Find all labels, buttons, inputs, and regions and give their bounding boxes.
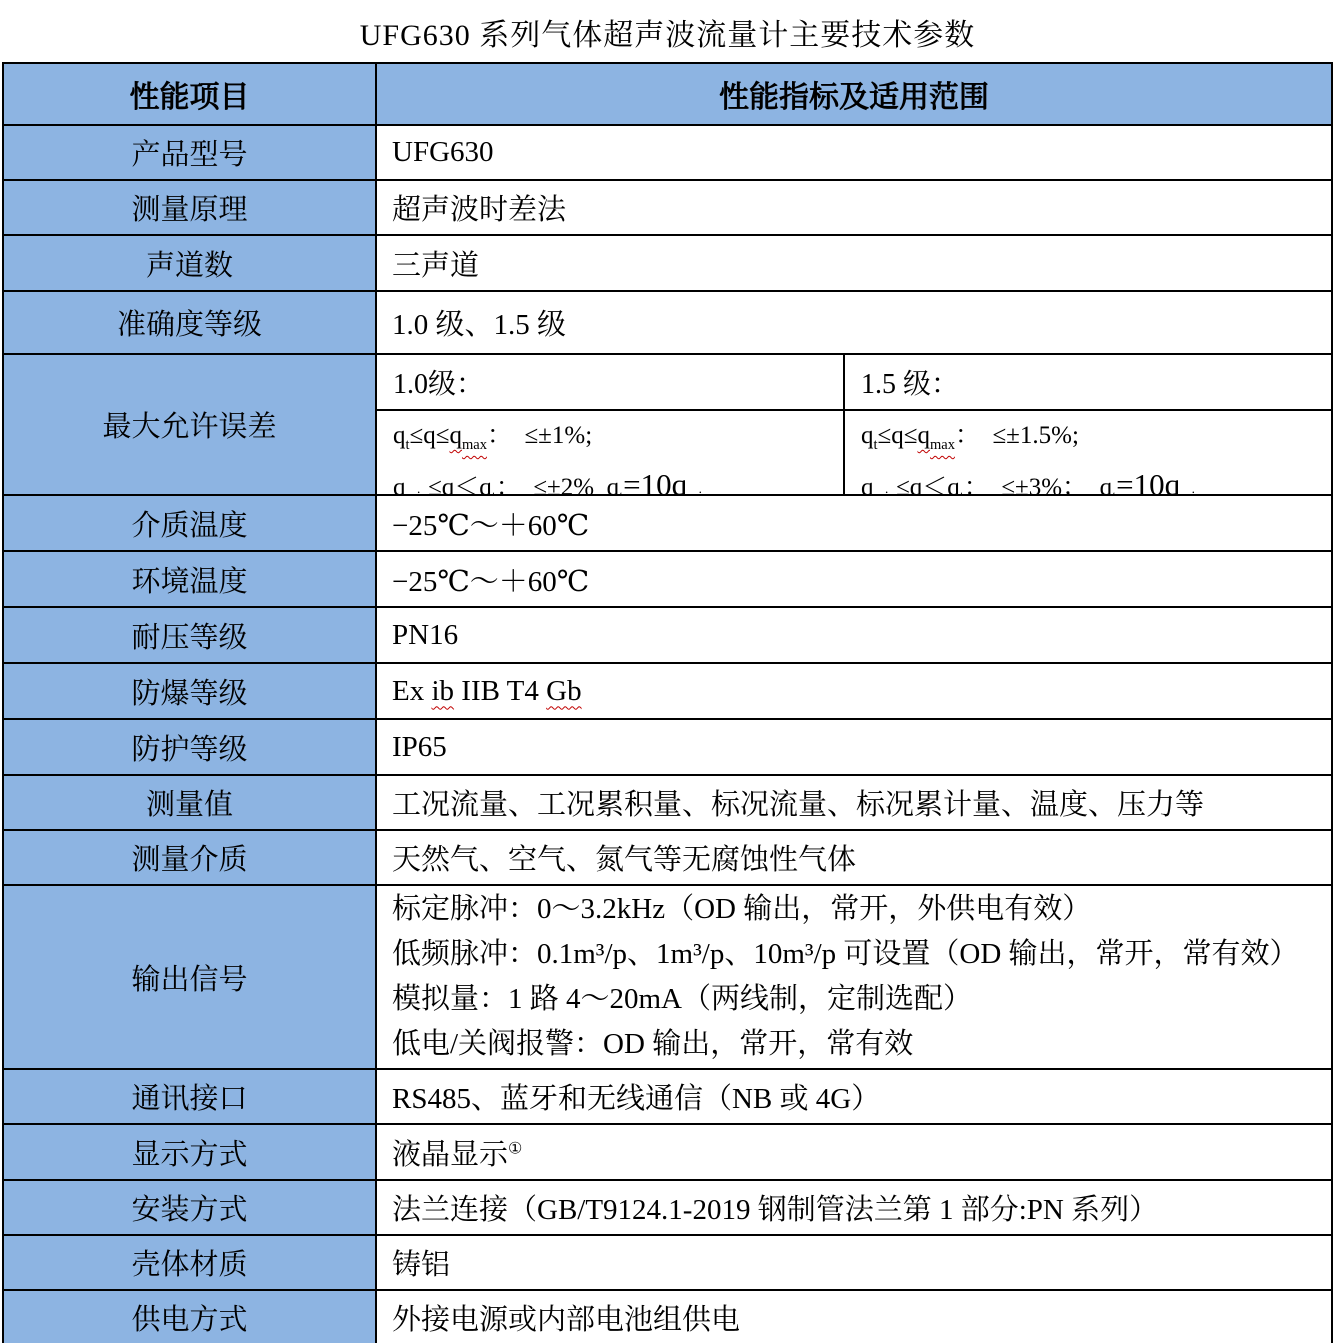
row-power-value: 外接电源或内部电池组供电	[376, 1290, 1332, 1343]
row-protection-label: 防护等级	[3, 719, 376, 775]
table-row-max-error: 最大允许误差 1.0级： 1.5 级： qt≤q≤qmax： ≤±1%; qmi…	[3, 354, 1332, 495]
table-row: 测量介质 天然气、空气、氮气等无腐蚀性气体	[3, 830, 1332, 885]
table-header-row: 性能项目 性能指标及适用范围	[3, 63, 1332, 125]
row-principle-value: 超声波时差法	[376, 180, 1332, 235]
row-measured-label: 测量值	[3, 775, 376, 830]
mpe-class15-formula-1: qt≤q≤qmax： ≤±1.5%;	[861, 416, 1331, 465]
table-row: 防护等级 IP65	[3, 719, 1332, 775]
mpe-class15-formulas: qt≤q≤qmax： ≤±1.5%; qmin≤q＜qt： ≤±3%； qt=1…	[845, 411, 1331, 495]
table-row: 防爆等级 Ex ib IIB T4 Gb	[3, 663, 1332, 719]
mpe-class10-title: 1.0级：	[377, 355, 845, 411]
row-ambient-temp-value: −25℃～＋60℃	[376, 551, 1332, 607]
table-row: 安装方式 法兰连接（GB/T9124.1-2019 钢制管法兰第 1 部分:PN…	[3, 1180, 1332, 1235]
table-row: 通讯接口 RS485、蓝牙和无线通信（NB 或 4G）	[3, 1069, 1332, 1124]
row-display-label: 显示方式	[3, 1124, 376, 1180]
row-comm-label: 通讯接口	[3, 1069, 376, 1124]
output-line-alarm: 低电/关阀报警：OD 输出，常开，常有效	[392, 1022, 1330, 1067]
row-media-value: 天然气、空气、氮气等无腐蚀性气体	[376, 830, 1332, 885]
row-outputs-label: 输出信号	[3, 885, 376, 1069]
row-mpe-value: 1.0级： 1.5 级： qt≤q≤qmax： ≤±1%; qmin≤q＜qt：…	[376, 354, 1332, 495]
row-housing-value: 铸铝	[376, 1235, 1332, 1290]
row-medium-temp-label: 介质温度	[3, 495, 376, 551]
table-row: 产品型号 UFG630	[3, 125, 1332, 180]
row-measured-value: 工况流量、工况累积量、标况流量、标况累计量、温度、压力等	[376, 775, 1332, 830]
row-power-label: 供电方式	[3, 1290, 376, 1343]
header-performance-item: 性能项目	[3, 63, 376, 125]
output-line-low-freq-pulse: 低频脉冲：0.1m³/p、1m³/p、10m³/p 可设置（OD 输出，常开，常…	[392, 932, 1330, 977]
row-housing-label: 壳体材质	[3, 1235, 376, 1290]
row-media-label: 测量介质	[3, 830, 376, 885]
mpe-class15-title: 1.5 级：	[845, 355, 1331, 411]
row-accuracy-label: 准确度等级	[3, 291, 376, 354]
row-principle-label: 测量原理	[3, 180, 376, 235]
row-explosion-label: 防爆等级	[3, 663, 376, 719]
mpe-class10-formulas: qt≤q≤qmax： ≤±1%; qmin≤q＜qt： ≤±2% qt=10qm…	[377, 411, 845, 495]
row-channels-value: 三声道	[376, 235, 1332, 291]
mpe-class10-formula-1: qt≤q≤qmax： ≤±1%;	[393, 416, 843, 465]
table-row: 耐压等级 PN16	[3, 607, 1332, 663]
row-outputs-value: 标定脉冲：0～3.2kHz（OD 输出，常开，外供电有效） 低频脉冲：0.1m³…	[376, 885, 1332, 1069]
row-display-value: 液晶显示①	[376, 1124, 1332, 1180]
row-accuracy-value: 1.0 级、1.5 级	[376, 291, 1332, 354]
row-pressure-value: PN16	[376, 607, 1332, 663]
output-line-analog: 模拟量：1 路 4～20mA（两线制，定制选配）	[392, 977, 1330, 1022]
row-explosion-value: Ex ib IIB T4 Gb	[376, 663, 1332, 719]
table-row: 测量值 工况流量、工况累积量、标况流量、标况累计量、温度、压力等	[3, 775, 1332, 830]
page-title: UFG630 系列气体超声波流量计主要技术参数	[0, 10, 1335, 54]
table-row: 供电方式 外接电源或内部电池组供电	[3, 1290, 1332, 1343]
row-medium-temp-value: −25℃～＋60℃	[376, 495, 1332, 551]
mpe-class10-formula-2: qmin≤q＜qt： ≤±2% qt=10qmin	[393, 465, 843, 495]
table-row: 环境温度 −25℃～＋60℃	[3, 551, 1332, 607]
row-mpe-label: 最大允许误差	[3, 354, 376, 495]
mpe-class15-formula-2: qmin≤q＜qt： ≤±3%； qt=10qmin	[861, 465, 1331, 495]
table-row: 壳体材质 铸铝	[3, 1235, 1332, 1290]
row-protection-value: IP65	[376, 719, 1332, 775]
table-row: 显示方式 液晶显示①	[3, 1124, 1332, 1180]
row-ambient-temp-label: 环境温度	[3, 551, 376, 607]
row-mounting-value: 法兰连接（GB/T9124.1-2019 钢制管法兰第 1 部分:PN 系列）	[376, 1180, 1332, 1235]
row-pressure-label: 耐压等级	[3, 607, 376, 663]
table-row: 测量原理 超声波时差法	[3, 180, 1332, 235]
row-model-value: UFG630	[376, 125, 1332, 180]
table-row-output-signal: 输出信号 标定脉冲：0～3.2kHz（OD 输出，常开，外供电有效） 低频脉冲：…	[3, 885, 1332, 1069]
output-line-calibration-pulse: 标定脉冲：0～3.2kHz（OD 输出，常开，外供电有效）	[392, 887, 1330, 932]
spec-table: 性能项目 性能指标及适用范围 产品型号 UFG630 测量原理 超声波时差法 声…	[2, 62, 1333, 1343]
row-model-label: 产品型号	[3, 125, 376, 180]
mpe-grid: 1.0级： 1.5 级： qt≤q≤qmax： ≤±1%; qmin≤q＜qt：…	[377, 355, 1331, 494]
table-row: 介质温度 −25℃～＋60℃	[3, 495, 1332, 551]
row-channels-label: 声道数	[3, 235, 376, 291]
header-performance-spec: 性能指标及适用范围	[376, 63, 1332, 125]
table-row: 准确度等级 1.0 级、1.5 级	[3, 291, 1332, 354]
table-row: 声道数 三声道	[3, 235, 1332, 291]
row-comm-value: RS485、蓝牙和无线通信（NB 或 4G）	[376, 1069, 1332, 1124]
row-mounting-label: 安装方式	[3, 1180, 376, 1235]
